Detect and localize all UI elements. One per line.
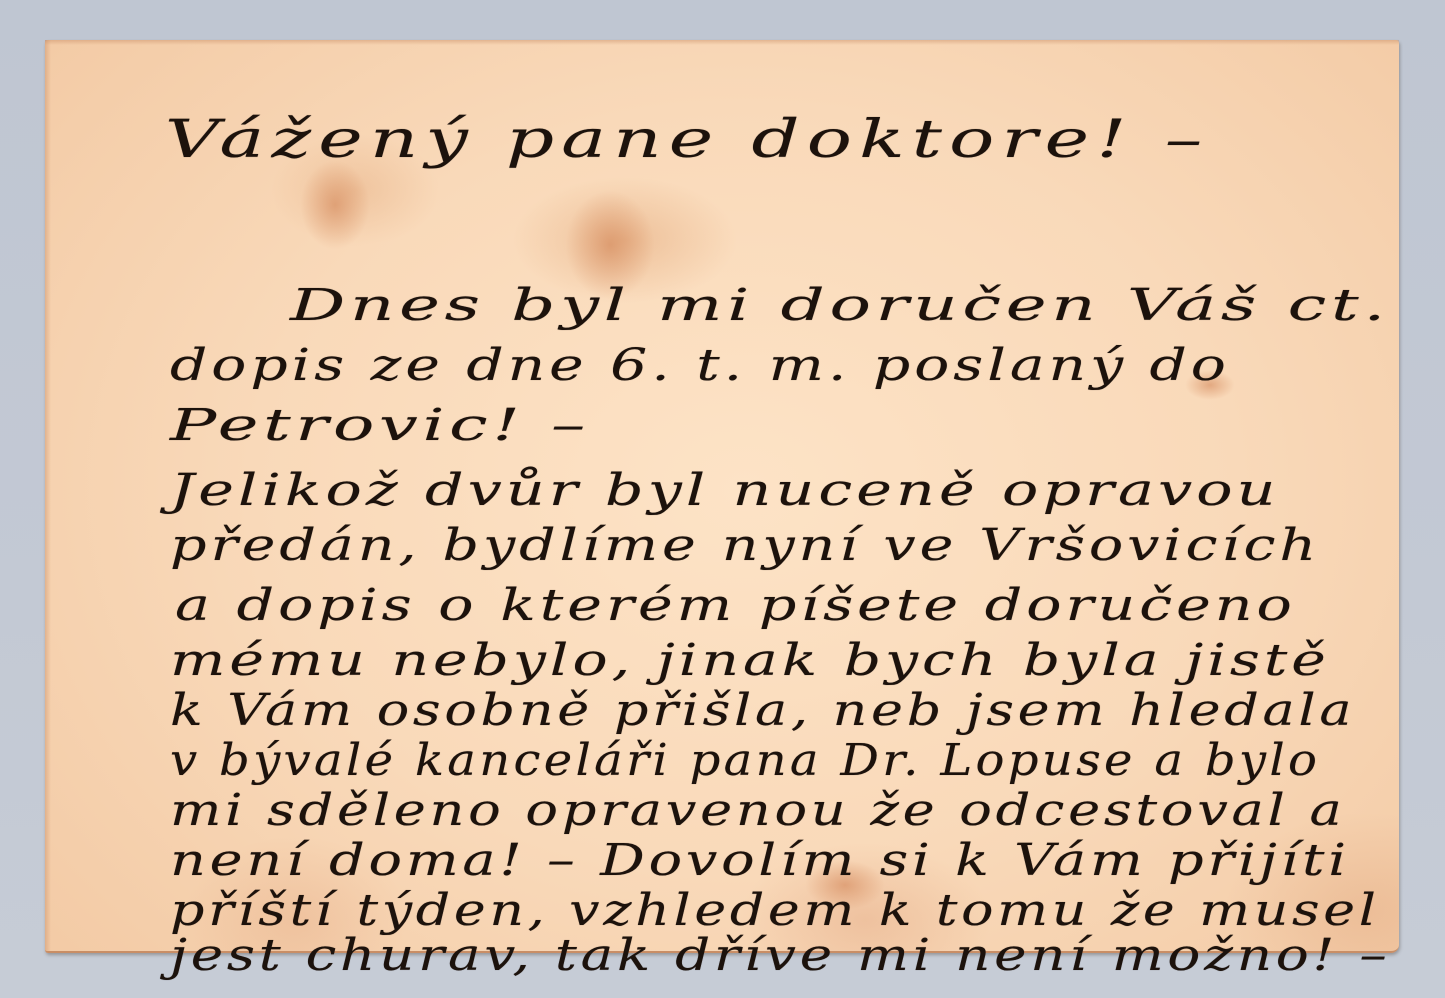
letter-line: Petrovic! – bbox=[170, 400, 590, 451]
letter-line: není doma! – Dovolím si k Vám přijíti bbox=[170, 835, 1350, 886]
letter-line: příští týden, vzhledem k tomu že musel bbox=[170, 885, 1380, 936]
letter-line: mi sděleno opravenou že odcestoval a bbox=[170, 785, 1346, 836]
letter-line: v bývalé kanceláři pana Dr. Lopuse a byl… bbox=[170, 735, 1320, 786]
letter-line: k Vám osobně přišla, neb jsem hledala bbox=[170, 685, 1355, 736]
handwritten-letter: Vážený pane doktore! – Dnes byl mi doruč… bbox=[45, 40, 1399, 951]
letter-line: Dnes byl mi doručen Váš ct. bbox=[290, 280, 1390, 331]
postcard: Vážený pane doktore! – Dnes byl mi doruč… bbox=[45, 40, 1399, 953]
letter-line: předán, bydlíme nyní ve Vršovicích bbox=[170, 520, 1320, 571]
salutation: Vážený pane doktore! – bbox=[165, 110, 1209, 170]
letter-line: jest churav, tak dříve mi není možno! – bbox=[170, 930, 1390, 981]
letter-line: a dopis o kterém píšete doručeno bbox=[175, 580, 1296, 631]
letter-line: Jelikož dvůr byl nuceně opravou bbox=[170, 465, 1280, 516]
letter-line: dopis ze dne 6. t. m. poslaný do bbox=[170, 340, 1230, 391]
letter-line: mému nebylo, jinak bych byla jistě bbox=[170, 635, 1330, 686]
